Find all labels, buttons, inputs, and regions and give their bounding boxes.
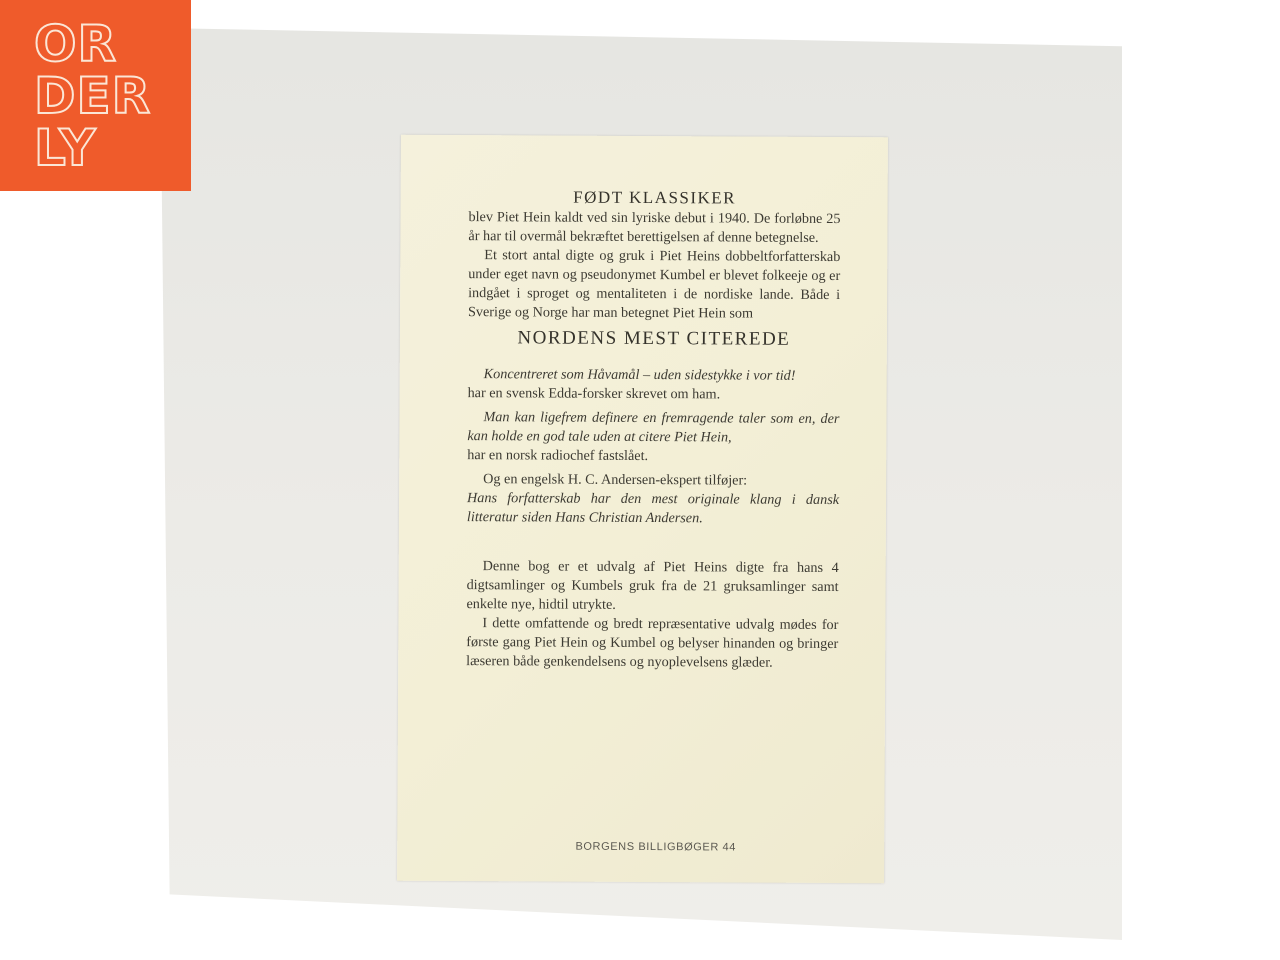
- paragraph-debut: blev Piet Hein kaldt ved sin lyriske deb…: [468, 208, 840, 248]
- paragraph-folkeeje: Et stort antal digte og gruk i Piet Hein…: [468, 246, 840, 324]
- quote-andersen-text: Hans forfatterskab har den mest original…: [467, 490, 839, 526]
- publisher-imprint: BORGENS BILLIGBØGER 44: [397, 840, 884, 855]
- logo-line-2: DER: [34, 70, 191, 122]
- heading-fodt-klassiker: FØDT KLASSIKER: [469, 187, 841, 208]
- paragraph-repraesentative: I dette omfattende og bredt repræsentati…: [466, 614, 838, 673]
- logo-line-1: OR: [34, 18, 191, 70]
- quote-taler-attribution: har en norsk radiochef fastslået.: [467, 446, 839, 467]
- heading-nordens-mest-citerede: NORDENS MEST CITEREDE: [468, 328, 840, 349]
- quote-taler-text: Man kan ligefrem definere en fremragende…: [467, 409, 839, 445]
- quote-andersen: Hans forfatterskab har den mest original…: [467, 489, 839, 529]
- quote-andersen-intro: Og en engelsk H. C. Andersen-ekspert til…: [467, 470, 839, 491]
- quote-taler: Man kan ligefrem definere en fremragende…: [467, 408, 839, 448]
- paragraph-udvalg: Denne bog er et udvalg af Piet Heins dig…: [466, 557, 838, 616]
- orderly-logo: OR DER LY: [0, 0, 191, 191]
- logo-line-3: LY: [34, 122, 191, 174]
- cover-text: FØDT KLASSIKER blev Piet Hein kaldt ved …: [466, 187, 841, 673]
- book-back-cover: FØDT KLASSIKER blev Piet Hein kaldt ved …: [397, 135, 888, 884]
- quote-havamal: Koncentreret som Håvamål – uden sidestyk…: [468, 365, 840, 386]
- quote-havamal-attribution: har en svensk Edda-forsker skrevet om ha…: [468, 384, 840, 405]
- quote-havamal-text: Koncentreret som Håvamål – uden sidestyk…: [484, 366, 796, 384]
